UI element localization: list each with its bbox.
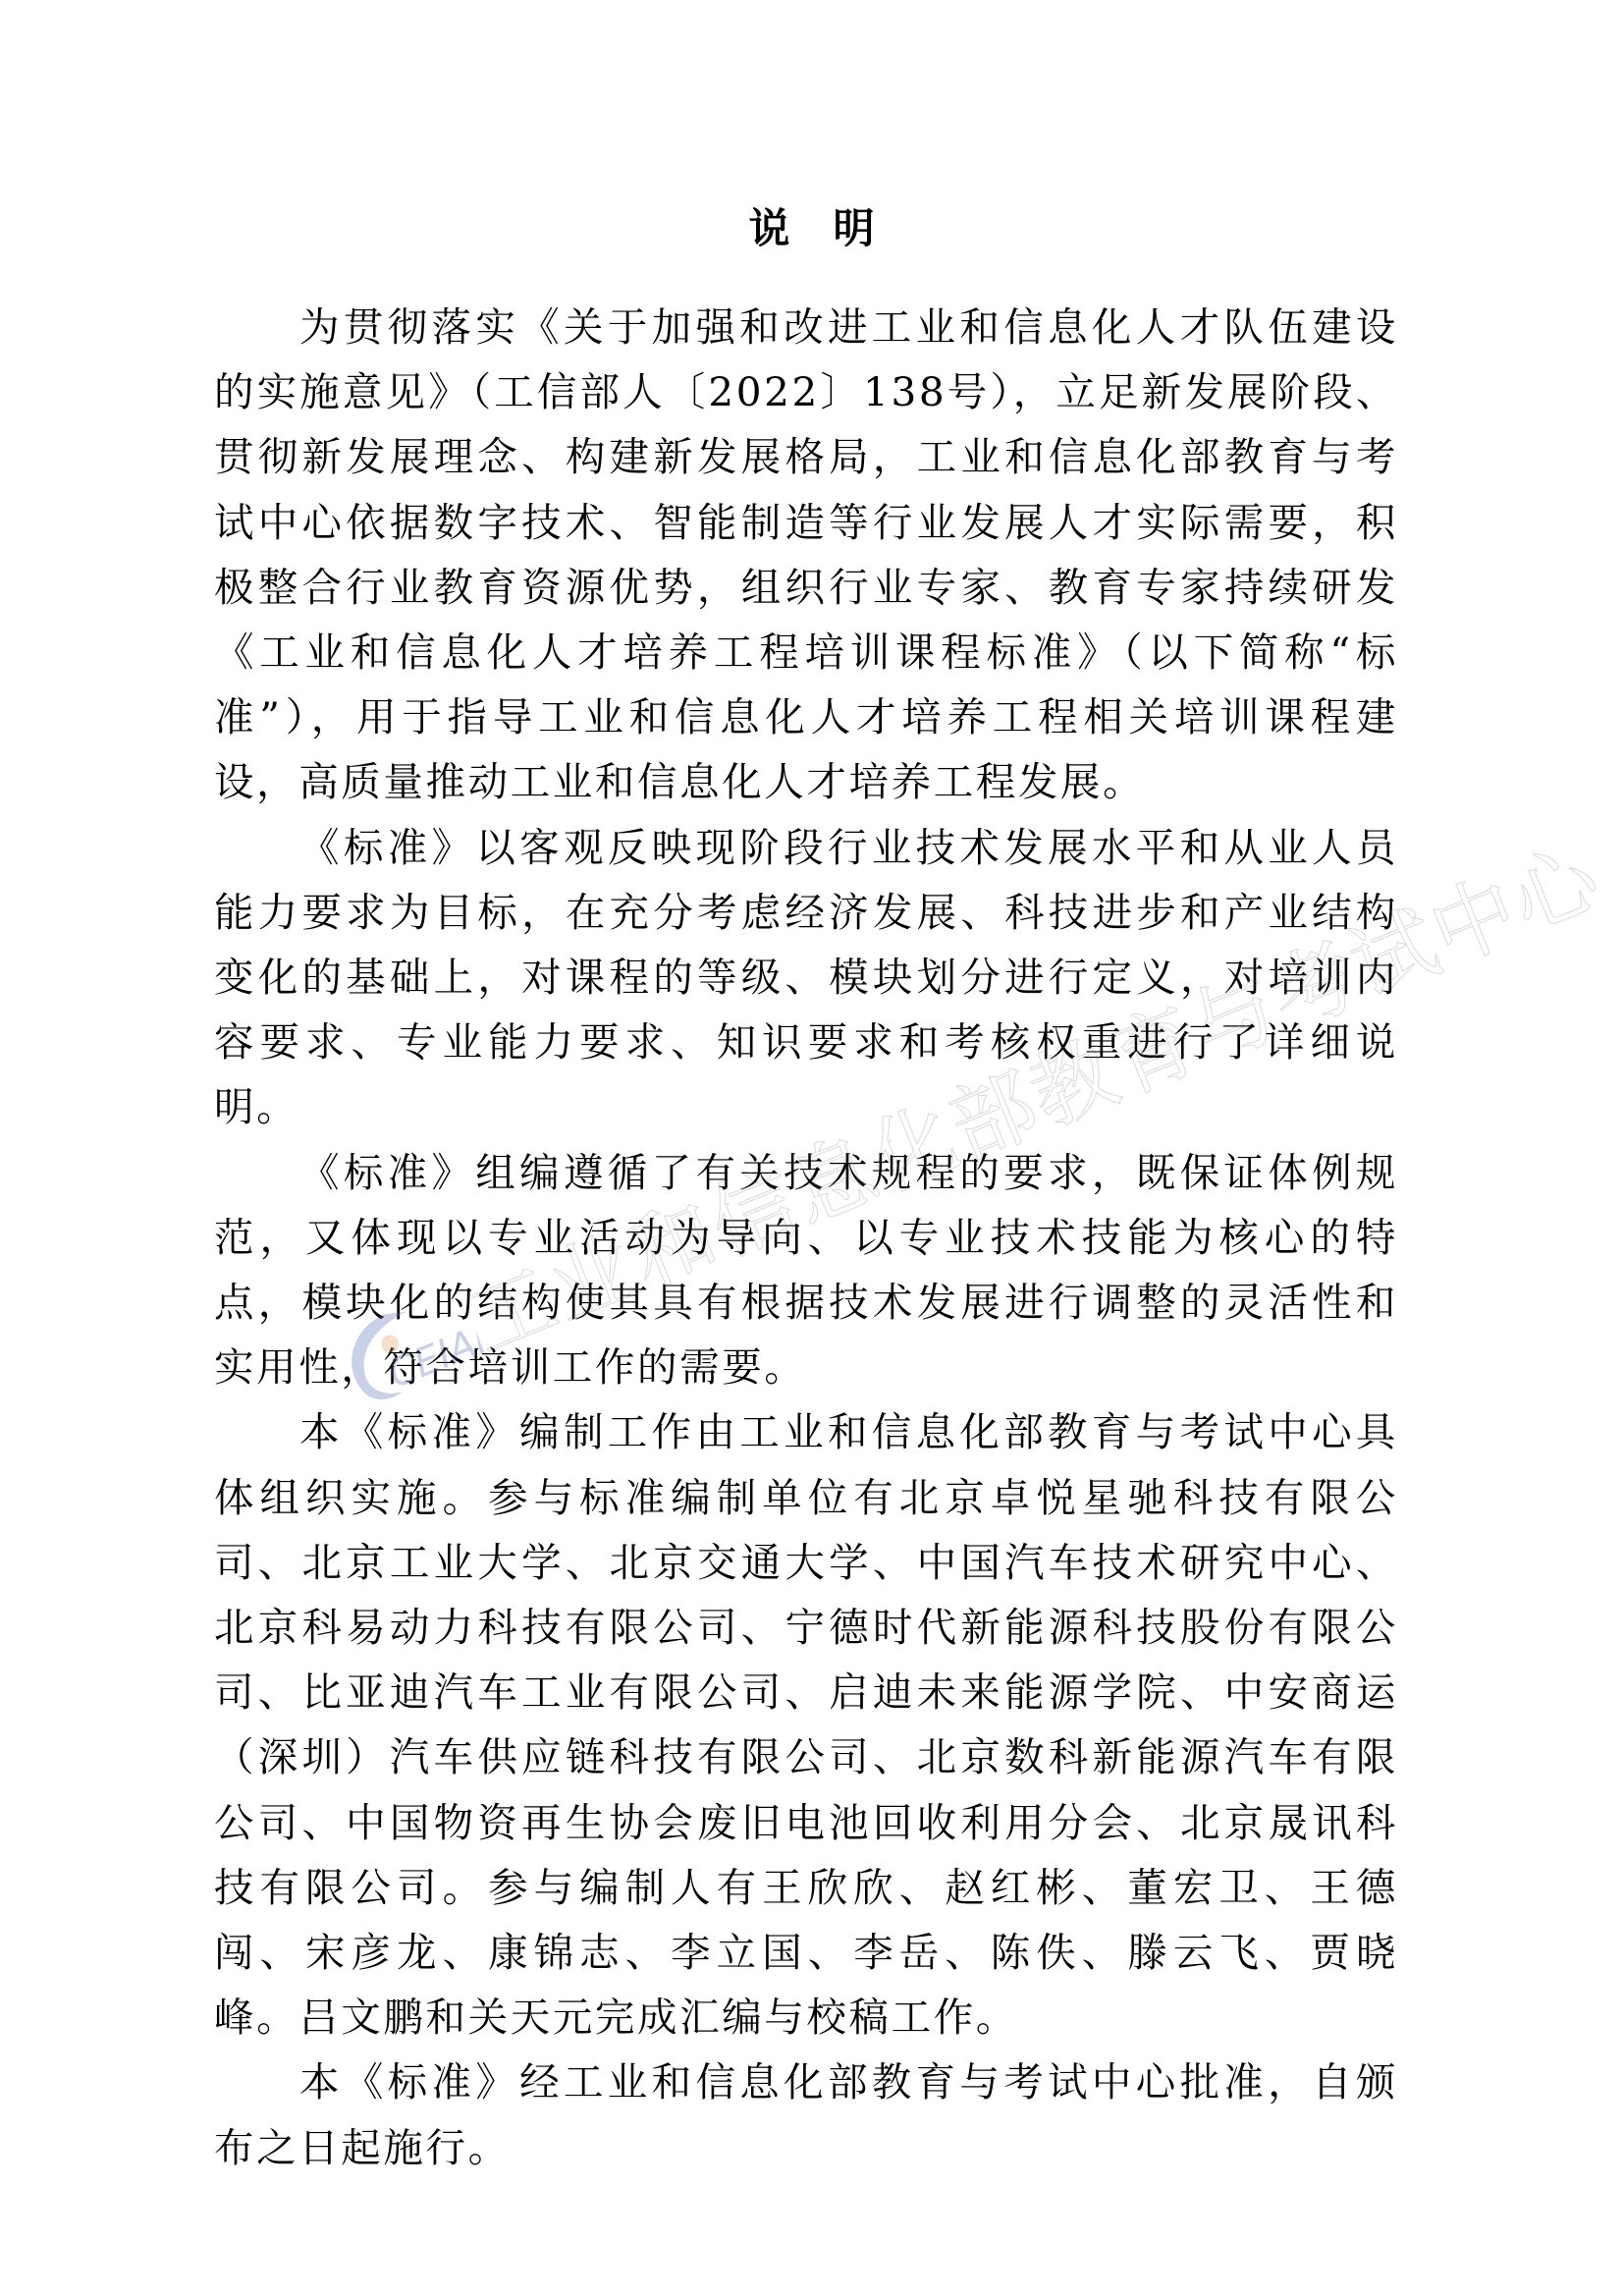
paragraph-objective: 《标准》以客观反映现阶段行业技术发展水平和从业人员能力要求为目标，在充分考虑经济… — [214, 815, 1398, 1140]
paragraph-purpose: 为贯彻落实《关于加强和改进工业和信息化人才队伍建设的实施意见》（工信部人〔202… — [214, 295, 1398, 815]
document-page: 说明 为贯彻落实《关于加强和改进工业和信息化人才队伍建设的实施意见》（工信部人〔… — [0, 0, 1623, 2296]
paragraph-contributors: 本《标准》编制工作由工业和信息化部教育与考试中心具体组织实施。参与标准编制单位有… — [214, 1399, 1398, 2050]
document-body: 为贯彻落实《关于加强和改进工业和信息化人才队伍建设的实施意见》（工信部人〔202… — [214, 295, 1398, 2180]
paragraph-effective-date: 本《标准》经工业和信息化部教育与考试中心批准，自颁布之日起施行。 — [214, 2050, 1398, 2179]
paragraph-structure: 《标准》组编遵循了有关技术规程的要求，既保证体例规范，又体现以专业活动为导向、以… — [214, 1140, 1398, 1400]
page-title: 说明 — [0, 201, 1623, 256]
